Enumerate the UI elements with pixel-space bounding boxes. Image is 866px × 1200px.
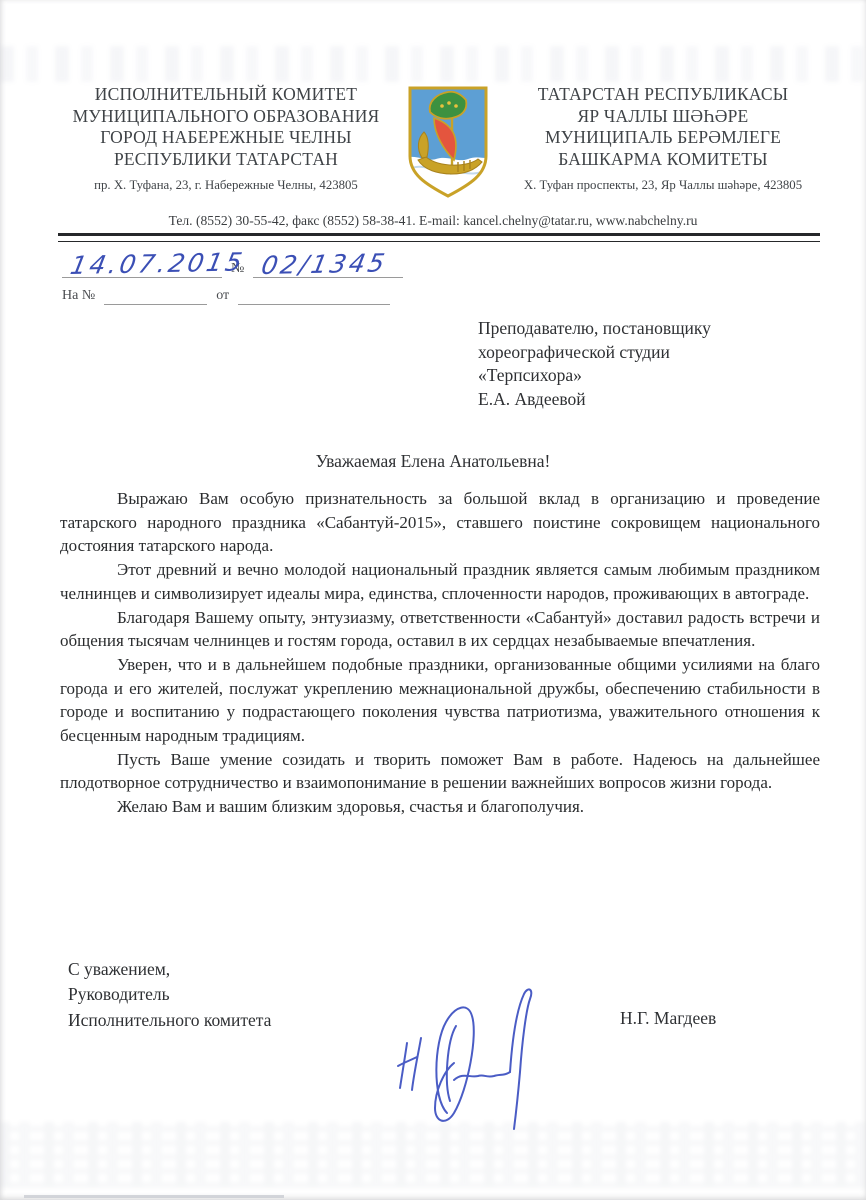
org-name-tatar: ТАТАРСТАН РЕСПУБЛИКАСЫ ЯР ЧАЛЛЫ ШӘҺӘРЕ М… (496, 84, 830, 193)
reference-block: 14.07.2015 № 02/1345 На № от (62, 244, 412, 305)
org-tt-line-4: БАШКАРМА КОМИТЕТЫ (496, 149, 830, 171)
handwritten-signature (383, 983, 555, 1135)
recipient-block: Преподавателю, постановщику хореографиче… (478, 317, 711, 411)
org-ru-line-2: МУНИЦИПАЛЬНОГО ОБРАЗОВАНИЯ (52, 106, 400, 128)
handwritten-number: 02/1345 (259, 248, 390, 280)
scan-bleed-through-top (0, 46, 866, 82)
body-paragraph-2: Этот древний и вечно молодой национальны… (60, 558, 820, 605)
recipient-line-4: Е.А. Авдеевой (478, 388, 711, 412)
reply-number-label: На № (62, 288, 104, 305)
reply-date-line (238, 304, 390, 305)
org-ru-line-3: ГОРОД НАБЕРЕЖНЫЕ ЧЕЛНЫ (52, 127, 400, 149)
letterhead-divider (58, 233, 820, 242)
body-paragraph-6: Желаю Вам и вашим близким здоровья, счас… (60, 795, 820, 819)
naberezhnye-chelny-coat-of-arms (406, 84, 490, 200)
recipient-line-2: хореографической студии (478, 341, 711, 365)
letter-body: Выражаю Вам особую признательность за бо… (60, 487, 820, 819)
org-tt-line-3: МУНИЦИПАЛЬ БЕРӘМЛЕГЕ (496, 127, 830, 149)
body-paragraph-3: Благодаря Вашему опыту, энтузиазму, отве… (60, 606, 820, 653)
reply-from-label: от (207, 288, 238, 305)
org-ru-address: пр. Х. Туфана, 23, г. Набережные Челны, … (52, 178, 400, 193)
closing-line-2: Руководитель (68, 982, 271, 1007)
body-paragraph-4: Уверен, что и в дальнейшем подобные праз… (60, 653, 820, 748)
body-paragraph-5: Пусть Ваше умение созидать и творить пом… (60, 748, 820, 795)
body-paragraph-1: Выражаю Вам особую признательность за бо… (60, 487, 820, 558)
recipient-line-1: Преподавателю, постановщику (478, 317, 711, 341)
scan-edge-artifact (24, 1195, 284, 1198)
org-ru-line-4: РЕСПУБЛИКИ ТАТАРСТАН (52, 149, 400, 171)
closing-line-3: Исполнительного комитета (68, 1008, 271, 1033)
closing-block: С уважением, Руководитель Исполнительног… (68, 957, 271, 1033)
letterhead: ИСПОЛНИТЕЛЬНЫЙ КОМИТЕТ МУНИЦИПАЛЬНОГО ОБ… (52, 84, 830, 200)
signatory-name: Н.Г. Магдеев (620, 1008, 716, 1029)
closing-line-1: С уважением, (68, 957, 271, 982)
contact-line: Тел. (8552) 30-55-42, факс (8552) 58-38-… (0, 213, 866, 229)
recipient-line-3: «Терпсихора» (478, 364, 711, 388)
org-tt-line-1: ТАТАРСТАН РЕСПУБЛИКАСЫ (496, 84, 830, 106)
date-line: 14.07.2015 (62, 277, 222, 278)
org-name-russian: ИСПОЛНИТЕЛЬНЫЙ КОМИТЕТ МУНИЦИПАЛЬНОГО ОБ… (52, 84, 400, 193)
org-ru-line-1: ИСПОЛНИТЕЛЬНЫЙ КОМИТЕТ (52, 84, 400, 106)
org-tt-address: Х. Туфан проспекты, 23, Яр Чаллы шәһәре,… (496, 178, 830, 193)
coat-of-arms-icon (400, 84, 496, 200)
outgoing-number-line: 02/1345 (253, 277, 403, 278)
org-tt-line-2: ЯР ЧАЛЛЫ ШӘҺӘРЕ (496, 106, 830, 128)
salutation: Уважаемая Елена Анатольевна! (0, 451, 866, 472)
handwritten-date: 14.07.2015 (68, 247, 247, 280)
reply-number-line (104, 304, 207, 305)
scanned-letter-page: ИСПОЛНИТЕЛЬНЫЙ КОМИТЕТ МУНИЦИПАЛЬНОГО ОБ… (0, 0, 866, 1200)
